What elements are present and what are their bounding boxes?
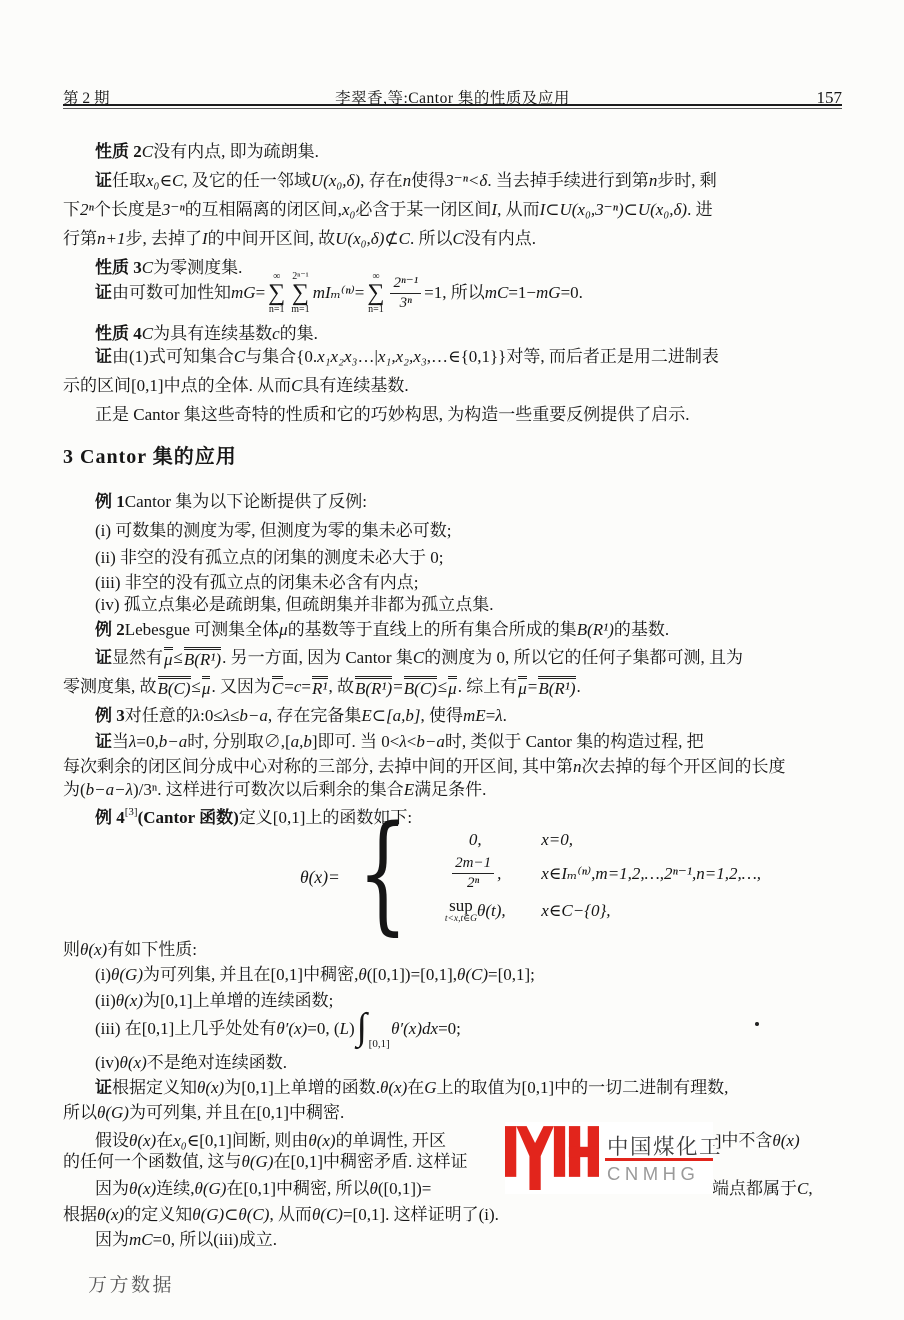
scanned-paper-page: 第 2 期 李翠香,等:Cantor 集的性质及应用 157 性质 2 C 没有…	[0, 0, 904, 1320]
text-seg: b−a	[159, 730, 187, 754]
text-seg: θ(x)	[80, 938, 107, 962]
text-fragment: 因为 θ(x) 连续, θ(G) 在[0,1]中稠密, 所以 θ([0,1])=	[95, 1177, 431, 1201]
text-seg: 2ⁿ	[80, 198, 94, 222]
text-seg: 证	[95, 730, 112, 754]
text-seg: 满足条件.	[414, 778, 486, 802]
cases-row: 0,x=0,	[423, 830, 761, 850]
text-fragment: (iii) 在[0,1]上几乎处处有 θ′(x)=0, (L)∫[0,1]θ′(…	[95, 1008, 461, 1050]
text-seg: . 进	[687, 198, 713, 222]
text-seg: θ(x)	[380, 1076, 407, 1100]
text-fragment: 例 1 Cantor 集为以下论断提供了反例:	[95, 490, 367, 514]
text-seg: 0,	[469, 830, 482, 850]
text-seg: 则	[63, 938, 80, 962]
text-seg: C	[452, 227, 463, 251]
text-seg: . 综上有	[458, 675, 518, 699]
text-line: 性质 2 C 没有内点, 即为疏朗集.	[0, 140, 904, 164]
text-seg: .	[503, 704, 507, 728]
text-seg: =	[355, 281, 365, 305]
text-seg: 例 4	[95, 806, 125, 830]
text-fragment: 3 Cantor 集的应用	[63, 445, 237, 469]
text-line: 正是 Cantor 集这些奇特的性质和它的巧妙构思, 为构造一些重要反例提供了启…	[0, 403, 904, 427]
text-line: 证 根据定义知 θ(x) 为[0,1]上单增的函数. θ(x) 在 G 上的取值…	[0, 1076, 904, 1100]
text-seg: 3 Cantor 集的应用	[63, 445, 237, 469]
text-seg: x₁x₂x₃	[317, 345, 357, 369]
text-seg: θ(t),	[477, 901, 506, 921]
fraction: 2m−12ⁿ	[452, 856, 494, 891]
sigma-sum: 2ⁿ⁻¹∑m=1	[291, 272, 309, 315]
text-seg: x₁,x₂,x₃	[378, 345, 427, 369]
text-seg: 时, 分别取∅,[	[187, 730, 290, 754]
text-seg: θ(x)	[97, 1203, 124, 1227]
text-seg: 为可列集, 并且在[0,1]中稠密.	[129, 1101, 344, 1125]
text-line: 示的区间[0,1]中点的全体. 从而 C 具有连续基数.	[0, 374, 904, 398]
text-seg: n	[403, 169, 412, 193]
text-seg: , 使得	[421, 704, 464, 728]
text-line: (i) θ(G) 为可列集, 并且在[0,1]中稠密, θ([0,1])=[0,…	[0, 963, 904, 987]
text-fragment: 下 2ⁿ 个长度是 3⁻ⁿ 的互相隔离的闭区间, x₀ 必含于某一闭区间 I, …	[63, 198, 713, 222]
text-fragment: 行第 n+1 步, 去掉了 I 的中间开区间, 故 U(x₀,δ)⊄C. 所以 …	[63, 227, 536, 251]
text-line: (ii) 非空的没有孤立点的闭集的测度未必大于 0;	[0, 546, 904, 570]
text-fragment: 根据 θ(x) 的定义知 θ(G)⊂θ(C), 从而 θ(C)=[0,1]. 这…	[63, 1203, 499, 1227]
text-seg: 行第	[63, 227, 97, 251]
text-seg: , 故	[329, 675, 355, 699]
text-seg: B(R¹)	[538, 676, 575, 698]
integral: ∫[0,1]	[357, 1012, 389, 1046]
cases-row: supt<x,t∈G θ(t),x∈C−{0},	[423, 897, 761, 925]
text-seg: 不是绝对连续函数.	[147, 1051, 287, 1075]
text-seg: θ	[358, 963, 366, 987]
text-seg: 步, 去掉了	[125, 227, 202, 251]
text-seg: 性质 2	[95, 140, 142, 164]
text-line: 零测度集, 故 B(C)≤μ. 又因为 C=c=R¹, 故 B(R¹)=B(C)…	[0, 675, 904, 699]
text-seg: 证	[95, 345, 112, 369]
text-line: 例 3 对任意的 λ:0≤λ≤b−a, 存在完备集 E⊂[a,b], 使得 mE…	[0, 704, 904, 728]
text-fragment: 例 3 对任意的 λ:0≤λ≤b−a, 存在完备集 E⊂[a,b], 使得 mE…	[95, 704, 507, 728]
text-seg: ≤	[174, 646, 183, 670]
text-seg: =[0,1];	[488, 963, 535, 987]
text-seg: 3⁻ⁿ	[162, 198, 185, 222]
text-seg: μ	[279, 618, 288, 642]
text-fragment: 证 任取 x₀∈C, 及它的任一邻域 U(x₀,δ), 存在 n 使得 3⁻ⁿ<…	[95, 169, 717, 193]
text-seg: 的测度为 0, 所以它的任何子集都可测, 且为	[424, 646, 743, 670]
text-seg: =	[256, 281, 266, 305]
text-seg: 的互相隔离的闭区间,	[185, 198, 342, 222]
coal-logo-icon	[505, 1126, 599, 1192]
text-seg: 步时, 剩	[657, 169, 717, 193]
text-seg: μ	[448, 676, 457, 698]
text-seg: Lebesgue 可测集全体	[125, 618, 279, 642]
header-rule	[63, 104, 842, 109]
text-seg: mG	[231, 281, 256, 305]
text-fragment: (ii) 非空的没有孤立点的闭集的测度未必大于 0;	[95, 546, 444, 570]
text-seg: mG	[536, 281, 561, 305]
text-seg: n	[649, 169, 658, 193]
text-seg: ≤	[192, 675, 201, 699]
text-seg: θ(C)	[457, 963, 488, 987]
text-fragment: 证 由(1)式可知集合 C 与集合{0. x₁x₂x₃…|x₁,x₂,x₃,…∈…	[95, 345, 719, 369]
text-seg: x∈C−{0},	[541, 901, 610, 920]
text-seg: mC	[129, 1228, 153, 1252]
text-seg: =	[528, 675, 538, 699]
text-seg: 的中间开区间, 故	[208, 227, 336, 251]
text-seg: λ	[129, 730, 136, 754]
text-seg: C	[272, 676, 283, 698]
text-fragment: 每次剩余的闭区间分成中心对称的三部分, 去掉中间的开区间, 其中第 n 次去掉的…	[63, 755, 786, 779]
text-seg: (Cantor 函数)	[138, 806, 239, 830]
text-seg: 所以	[63, 1101, 97, 1125]
text-fragment: (iv) 孤立点集必是疏朗集, 但疏朗集并非都为孤立点集.	[95, 593, 494, 617]
section-heading: 3 Cantor 集的应用	[0, 445, 904, 469]
text-seg: =0.	[561, 281, 583, 305]
text-seg: mIₘ⁽ⁿ⁾	[313, 281, 355, 305]
text-seg: =1, 所以	[424, 281, 485, 305]
text-fragment: 的任何一个函数值, 这与 θ(G) 在[0,1]中稠密矛盾. 这样证	[63, 1150, 468, 1174]
text-fragment: 证 显然有 μ≤B(R¹). 另一方面, 因为 Cantor 集 C 的测度为 …	[95, 646, 743, 670]
text-seg: 上的取值为[0,1]中的一切二进制有理数,	[437, 1076, 729, 1100]
text-fragment: 性质 2 C 没有内点, 即为疏朗集.	[95, 140, 319, 164]
text-seg: 次去掉的每个开区间的长度	[582, 755, 786, 779]
cases-row: 2m−12ⁿ,x∈Iₘ⁽ⁿ⁾,m=1,2,…,2ⁿ⁻¹,n=1,2,…,	[423, 856, 761, 891]
text-seg: c	[294, 675, 302, 699]
text-seg: E⊂[a,b]	[361, 704, 420, 728]
text-fragment: 正是 Cantor 集这些奇特的性质和它的巧妙构思, 为构造一些重要反例提供了启…	[95, 403, 690, 427]
sup-operator: supt<x,t∈G	[445, 897, 477, 925]
text-seg: λ	[223, 704, 230, 728]
text-line: 则 θ(x) 有如下性质:	[0, 938, 904, 962]
text-seg: n+1	[97, 227, 125, 251]
text-seg: . 另一方面, 因为 Cantor 集	[222, 646, 413, 670]
wanfang-watermark: 万方数据	[88, 1270, 174, 1297]
watermark-cn-text: 中国煤化工	[607, 1130, 722, 1161]
text-seg: θ(x)	[129, 1177, 156, 1201]
text-seg: mC	[485, 281, 509, 305]
text-seg: λ	[495, 704, 502, 728]
text-seg: 性质 4	[95, 322, 142, 346]
text-seg: B(C)	[404, 676, 437, 698]
text-seg: 证	[95, 281, 112, 305]
text-seg: θ(G)	[111, 963, 143, 987]
text-seg: . 又因为	[211, 675, 271, 699]
text-seg: 当	[112, 730, 129, 754]
text-seg: c	[272, 322, 280, 346]
fraction: 2ⁿ⁻¹3ⁿ	[390, 276, 421, 311]
text-seg: (iii) 在[0,1]上几乎处处有	[95, 1017, 276, 1041]
text-seg: x₀	[342, 198, 355, 222]
text-seg: )	[349, 1017, 355, 1041]
text-fragment: 性质 4 C 为具有连续基数 c 的集.	[95, 322, 318, 346]
text-seg: R¹	[312, 676, 327, 698]
text-seg: (i)	[95, 963, 111, 987]
text-seg: B(R¹)	[355, 676, 392, 698]
text-fragment: 证 由可数可加性知 mG= ∞∑n=12ⁿ⁻¹∑m=1mIₘ⁽ⁿ⁾ = ∞∑n=…	[95, 272, 583, 314]
text-seg: μ	[518, 676, 527, 698]
text-seg: 在[0,1]中稠密矛盾. 这样证	[273, 1150, 467, 1174]
text-seg: B(R¹)	[184, 647, 221, 669]
text-line: 证 任取 x₀∈C, 及它的任一邻域 U(x₀,δ), 存在 n 使得 3⁻ⁿ<…	[0, 169, 904, 193]
text-seg: , 从而	[497, 198, 540, 222]
text-seg: =0;	[438, 1017, 461, 1041]
watermark-underline	[605, 1158, 713, 1161]
text-seg: 证	[95, 1076, 112, 1100]
text-seg: =1−	[508, 281, 536, 305]
text-seg: (iv)	[95, 1051, 120, 1075]
text-seg: 证	[95, 646, 112, 670]
text-seg: I⊂U(x₀,3⁻ⁿ)⊂U(x₀,δ)	[540, 198, 688, 222]
text-seg: C	[142, 140, 153, 164]
text-seg: C	[142, 322, 153, 346]
sigma-sum: ∞∑n=1	[268, 272, 285, 315]
text-fragment: 因为 mC=0, 所以(iii)成立.	[95, 1228, 277, 1252]
text-seg: λ	[193, 704, 200, 728]
text-line: 下 2ⁿ 个长度是 3⁻ⁿ 的互相隔离的闭区间, x₀ 必含于某一闭区间 I, …	[0, 198, 904, 222]
text-seg: <	[407, 730, 417, 754]
text-seg: θ(G)	[97, 1101, 129, 1125]
text-seg: 为具有连续基数	[153, 322, 272, 346]
text-seg: (iii) 非空的没有孤立点的闭集未必含有内点;	[95, 571, 418, 595]
text-line: 证 显然有 μ≤B(R¹). 另一方面, 因为 Cantor 集 C 的测度为 …	[0, 646, 904, 670]
text-line: (iv) 孤立点集必是疏朗集, 但疏朗集并非都为孤立点集.	[0, 593, 904, 617]
text-seg: θ(x)	[197, 1076, 224, 1100]
text-fragment: (iii) 非空的没有孤立点的闭集未必含有内点;	[95, 571, 418, 595]
text-seg: ]即可. 当 0<	[312, 730, 400, 754]
text-seg: (i) 可数集的测度为零, 但测度为零的集未必可数;	[95, 519, 452, 543]
text-line: 性质 4 C 为具有连续基数 c 的集.	[0, 322, 904, 346]
text-seg: θ(G)	[194, 1177, 226, 1201]
text-seg: (ii) 非空的没有孤立点的闭集的测度未必大于 0;	[95, 546, 444, 570]
text-seg: [3]	[125, 800, 138, 824]
text-fragment: (i) θ(G) 为可列集, 并且在[0,1]中稠密, θ([0,1])=[0,…	[95, 963, 535, 987]
text-seg: 由可数可加性知	[112, 281, 231, 305]
text-seg: G	[424, 1076, 436, 1100]
text-seg: =0, 所以(iii)成立.	[153, 1228, 277, 1252]
text-seg: 时, 类似于 Cantor 集的构造过程, 把	[445, 730, 704, 754]
text-seg: 没有内点.	[464, 227, 536, 251]
text-seg: ≤	[230, 704, 239, 728]
text-seg: θ′(x)dx	[391, 1017, 438, 1041]
text-seg: 根据	[63, 1203, 97, 1227]
watermark-en-text: CNMHG	[607, 1163, 699, 1185]
text-seg: b−a	[239, 704, 267, 728]
text-seg: θ(G)⊂θ(C)	[192, 1203, 269, 1227]
text-seg: 由(1)式可知集合	[112, 345, 234, 369]
text-seg: 在[0,1]中稠密, 所以	[226, 1177, 369, 1201]
text-seg: ,	[497, 864, 501, 884]
text-seg: 为[0,1]上单增的函数.	[224, 1076, 380, 1100]
text-line: 例 2 Lebesgue 可测集全体 μ 的基数等于直线上的所有集合所成的集 B…	[0, 618, 904, 642]
text-seg: ([0,1])=[0,1],	[367, 963, 457, 987]
text-line: (iii) 在[0,1]上几乎处处有 θ′(x)=0, (L)∫[0,1]θ′(…	[0, 1008, 904, 1032]
text-seg: C	[413, 646, 424, 670]
text-seg: 例 2	[95, 618, 125, 642]
text-fragment: 为(b−a−λ)/3ⁿ. 这样进行可数次以后剩余的集合 E 满足条件.	[63, 778, 486, 802]
text-seg: 的基数等于直线上的所有集合所成的集	[288, 618, 577, 642]
text-seg: C	[291, 374, 302, 398]
text-seg: =	[301, 675, 311, 699]
text-line: (iii) 非空的没有孤立点的闭集未必含有内点;	[0, 571, 904, 595]
text-fragment: 证 当 λ=0,b−a 时, 分别取∅,[a,b]即可. 当 0<λ<b−a 时…	[95, 730, 704, 754]
text-fragment: 则 θ(x) 有如下性质:	[63, 938, 197, 962]
cases-rows: 0,x=0,2m−12ⁿ,x∈Iₘ⁽ⁿ⁾,m=1,2,…,2ⁿ⁻¹,n=1,2,…	[423, 824, 761, 931]
text-seg: x=0,	[541, 830, 573, 849]
ink-speck	[755, 1022, 759, 1026]
text-seg: 显然有	[112, 646, 163, 670]
text-fragment: 证 根据定义知 θ(x) 为[0,1]上单增的函数. θ(x) 在 G 上的取值…	[95, 1076, 728, 1100]
cantor-function-definition: θ(x)={0,x=0,2m−12ⁿ,x∈Iₘ⁽ⁿ⁾,m=1,2,…,2ⁿ⁻¹,…	[300, 822, 761, 933]
text-line: 为(b−a−λ)/3ⁿ. 这样进行可数次以后剩余的集合 E 满足条件.	[0, 778, 904, 802]
text-seg: θ(C)	[312, 1203, 343, 1227]
text-seg: μ	[164, 647, 173, 669]
text-seg: (iv) 孤立点集必是疏朗集, 但疏朗集并非都为孤立点集.	[95, 593, 494, 617]
text-seg: 3⁻ⁿ<δ	[445, 169, 487, 193]
text-fragment: 零测度集, 故 B(C)≤μ. 又因为 C=c=R¹, 故 B(R¹)=B(C)…	[63, 675, 581, 699]
text-line: 根据 θ(x) 的定义知 θ(G)⊂θ(C), 从而 θ(C)=[0,1]. 这…	[0, 1203, 904, 1227]
text-seg: n	[573, 755, 582, 779]
text-seg: a,b	[291, 730, 312, 754]
text-fragment: 示的区间[0,1]中点的全体. 从而 C 具有连续基数.	[63, 374, 409, 398]
text-seg: ,…∈{0,1}}对等, 而后者正是用二进制表	[427, 345, 719, 369]
text-seg: 的定义知	[124, 1203, 192, 1227]
text-seg: 与集合{0.	[245, 345, 317, 369]
text-seg: :0≤	[200, 704, 223, 728]
text-seg: U(x₀,δ)	[311, 169, 360, 193]
text-seg: 下	[63, 198, 80, 222]
text-seg: λ	[399, 730, 406, 754]
text-seg: 有如下性质:	[107, 938, 197, 962]
text-seg: 每次剩余的闭区间分成中心对称的三部分, 去掉中间的开区间, 其中第	[63, 755, 573, 779]
text-seg: .	[577, 675, 581, 699]
text-seg: θ	[370, 1177, 378, 1201]
text-seg: θ′(x)	[276, 1017, 307, 1041]
text-seg: , 存在完备集	[268, 704, 362, 728]
text-seg: θ(x)=	[300, 867, 340, 887]
text-seg: 因为	[95, 1228, 129, 1252]
text-seg: 为可列集, 并且在[0,1]中稠密,	[143, 963, 358, 987]
text-line: 证 由可数可加性知 mG= ∞∑n=12ⁿ⁻¹∑m=1mIₘ⁽ⁿ⁾ = ∞∑n=…	[0, 272, 904, 296]
text-seg: …|	[357, 345, 377, 369]
text-seg: ≤	[438, 675, 447, 699]
text-seg: 零测度集, 故	[63, 675, 157, 699]
text-seg: b−a−λ	[86, 778, 133, 802]
text-seg: =[0,1]. 这样证明了(i).	[343, 1203, 499, 1227]
text-line: 例 1 Cantor 集为以下论断提供了反例:	[0, 490, 904, 514]
text-seg: Cantor 集为以下论断提供了反例:	[125, 490, 367, 514]
text-seg: 正是 Cantor 集这些奇特的性质和它的巧妙构思, 为构造一些重要反例提供了启…	[95, 403, 690, 427]
text-seg: ([0,1])=	[378, 1177, 431, 1201]
text-line: 每次剩余的闭区间分成中心对称的三部分, 去掉中间的开区间, 其中第 n 次去掉的…	[0, 755, 904, 779]
text-fragment: (i) 可数集的测度为零, 但测度为零的集未必可数;	[95, 519, 452, 543]
text-seg: 对任意的	[125, 704, 193, 728]
text-line: (iv) θ(x) 不是绝对连续函数.	[0, 1051, 904, 1075]
text-seg: . 所以	[410, 227, 453, 251]
text-seg: C	[234, 345, 245, 369]
text-seg: =	[284, 675, 294, 699]
text-seg: 例 1	[95, 490, 125, 514]
text-line: 证 由(1)式可知集合 C 与集合{0. x₁x₂x₃…|x₁,x₂,x₃,…∈…	[0, 345, 904, 369]
text-line: 因为 mC=0, 所以(iii)成立.	[0, 1228, 904, 1252]
text-seg: x∈Iₘ⁽ⁿ⁾,m=1,2,…,2ⁿ⁻¹,n=1,2,…,	[541, 864, 761, 883]
text-fragment: 例 2 Lebesgue 可测集全体 μ 的基数等于直线上的所有集合所成的集 B…	[95, 618, 669, 642]
text-seg: =	[486, 704, 496, 728]
text-seg: 必含于某一闭区间	[355, 198, 491, 222]
text-seg: . 当去掉手续进行到第	[487, 169, 649, 193]
text-seg: 根据定义知	[112, 1076, 197, 1100]
text-seg: mE	[463, 704, 486, 728]
text-line: 行第 n+1 步, 去掉了 I 的中间开区间, 故 U(x₀,δ)⊄C. 所以 …	[0, 227, 904, 251]
text-seg: , 存在	[360, 169, 403, 193]
text-fragment: (iv) θ(x) 不是绝对连续函数.	[95, 1051, 287, 1075]
text-seg: , 及它的任一邻域	[183, 169, 311, 193]
text-seg: 为(	[63, 778, 86, 802]
text-seg: θ(G)	[242, 1150, 274, 1174]
sigma-sum: ∞∑n=1	[367, 272, 384, 315]
text-seg: 示的区间[0,1]中点的全体. 从而	[63, 374, 291, 398]
text-seg: 因为	[95, 1177, 129, 1201]
text-seg: 例 3	[95, 704, 125, 728]
watermark: 中国煤化工 CNMHG	[505, 1122, 855, 1196]
text-seg: x₀∈C	[146, 169, 183, 193]
text-line: (i) 可数集的测度为零, 但测度为零的集未必可数;	[0, 519, 904, 543]
text-seg: U(x₀,δ)⊄C	[335, 227, 410, 251]
text-seg: 使得	[411, 169, 445, 193]
text-seg: μ	[202, 676, 211, 698]
text-seg: 的集.	[280, 322, 318, 346]
text-seg: =	[393, 675, 403, 699]
text-seg: L	[340, 1017, 349, 1041]
text-seg: 个长度是	[94, 198, 162, 222]
text-seg: =0, (	[307, 1017, 339, 1041]
text-seg: 在	[407, 1076, 424, 1100]
text-seg: 证	[95, 169, 112, 193]
text-line: 证 当 λ=0,b−a 时, 分别取∅,[a,b]即可. 当 0<λ<b−a 时…	[0, 730, 904, 754]
text-seg: 没有内点, 即为疏朗集.	[153, 140, 319, 164]
text-seg: b−a	[416, 730, 444, 754]
text-seg: 具有连续基数.	[302, 374, 408, 398]
text-seg: , 从而	[269, 1203, 312, 1227]
text-seg: 的基数.	[614, 618, 669, 642]
text-fragment: 所以 θ(G) 为可列集, 并且在[0,1]中稠密.	[63, 1101, 344, 1125]
text-seg: B(R¹)	[577, 618, 614, 642]
text-seg: 任取	[112, 169, 146, 193]
text-seg: θ(x)	[120, 1051, 147, 1075]
text-seg: B(C)	[158, 676, 191, 698]
text-seg: 连续,	[156, 1177, 194, 1201]
text-seg: =0,	[136, 730, 158, 754]
text-seg: 的任何一个函数值, 这与	[63, 1150, 242, 1174]
